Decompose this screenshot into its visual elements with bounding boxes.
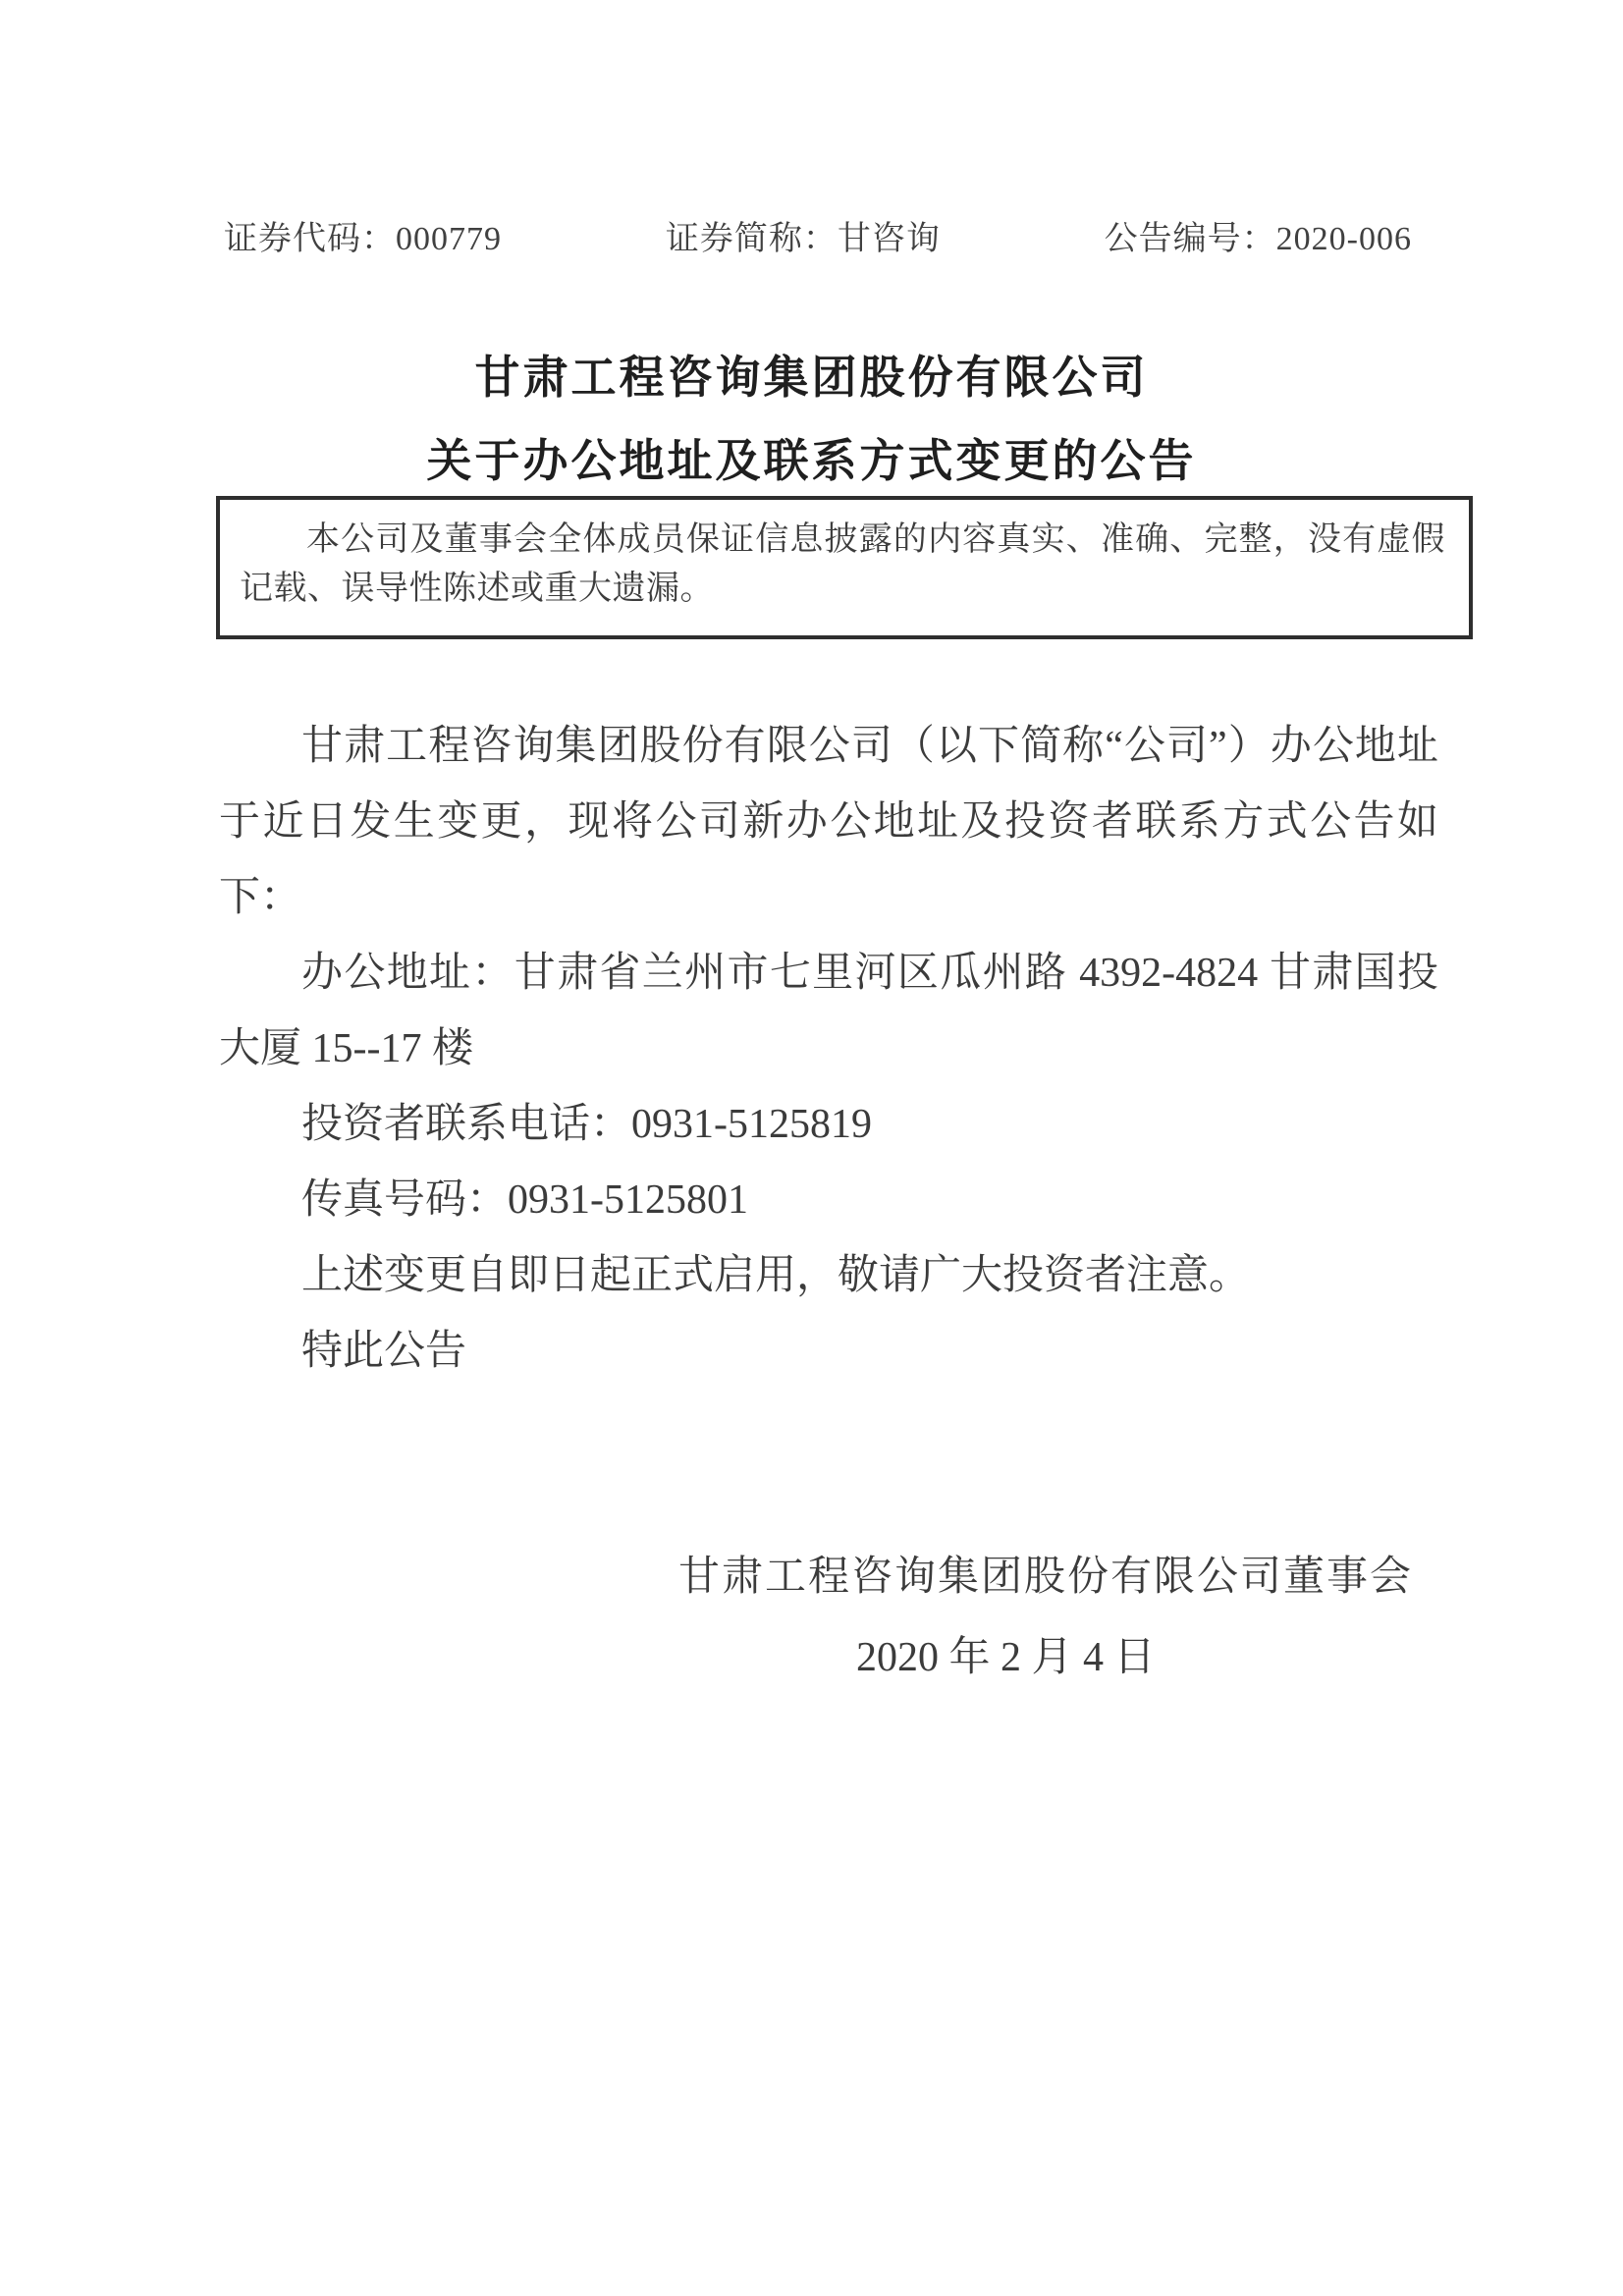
body-paragraph-fax-number: 传真号码：0931-5125801 <box>219 1163 1438 1238</box>
disclaimer-box: 本公司及董事会全体成员保证信息披露的内容真实、准确、完整，没有虚假记载、误导性陈… <box>216 496 1473 639</box>
body-paragraph-intro: 甘肃工程咨询集团股份有限公司（以下简称“公司”）办公地址于近日发生变更，现将公司… <box>219 709 1438 936</box>
document-header-row: 证券代码：000779 证券简称：甘咨询 公告编号：2020-006 <box>224 220 1412 259</box>
announcement-subject-title: 关于办公地址及联系方式变更的公告 <box>0 419 1623 503</box>
signature-date: 2020 年 2 月 4 日 <box>856 1634 1156 1681</box>
signature-company: 甘肃工程咨询集团股份有限公司董事会 <box>678 1554 1413 1601</box>
announcement-document-page: 证券代码：000779 证券简称：甘咨询 公告编号：2020-006 甘肃工程咨… <box>0 0 1623 2296</box>
body-paragraph-office-address: 办公地址：甘肃省兰州市七里河区瓜州路 4392-4824 甘肃国投大厦 15--… <box>219 936 1438 1087</box>
body-paragraph-effective-note: 上述变更自即日起正式启用，敬请广大投资者注意。 <box>219 1238 1438 1314</box>
body-paragraph-investor-phone: 投资者联系电话：0931-5125819 <box>219 1087 1438 1163</box>
announcement-body: 甘肃工程咨询集团股份有限公司（以下简称“公司”）办公地址于近日发生变更，现将公司… <box>219 709 1438 1390</box>
announcement-number-text: 公告编号：2020-006 <box>1105 220 1412 259</box>
stock-name-text: 证券简称：甘咨询 <box>666 220 941 259</box>
body-paragraph-closing: 特此公告 <box>219 1314 1438 1390</box>
company-name-title: 甘肃工程咨询集团股份有限公司 <box>0 336 1623 419</box>
stock-code-text: 证券代码：000779 <box>224 220 502 259</box>
disclaimer-text: 本公司及董事会全体成员保证信息披露的内容真实、准确、完整，没有虚假记载、误导性陈… <box>240 516 1445 614</box>
document-title-block: 甘肃工程咨询集团股份有限公司 关于办公地址及联系方式变更的公告 <box>0 336 1623 503</box>
